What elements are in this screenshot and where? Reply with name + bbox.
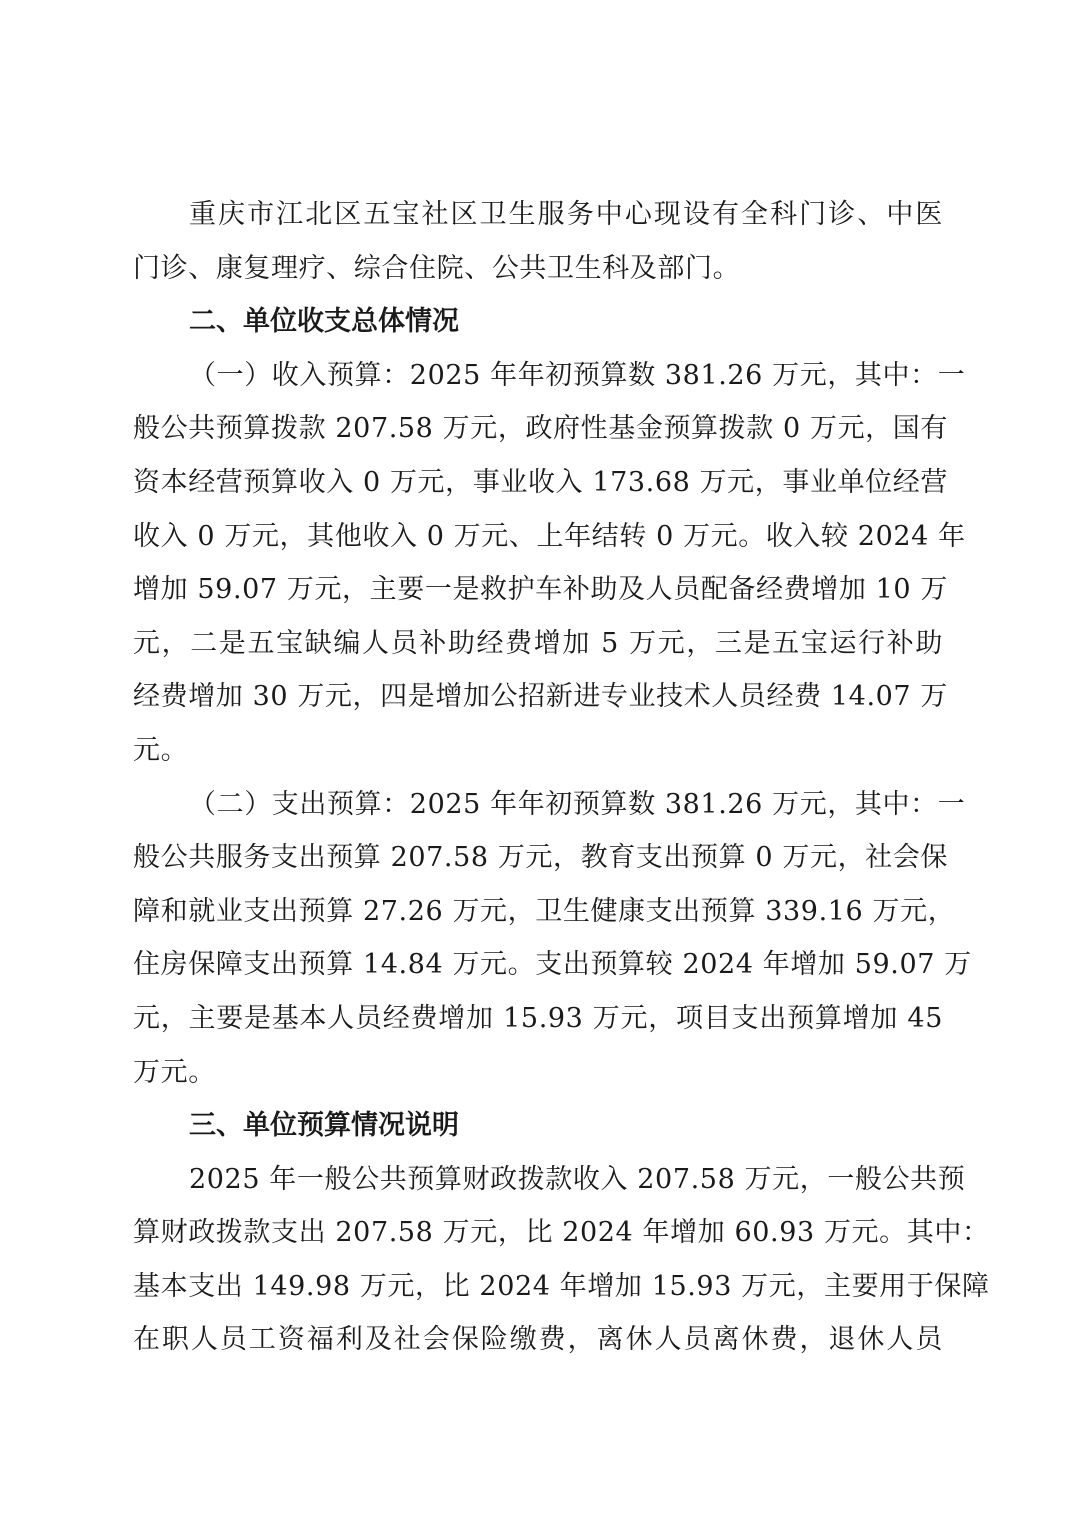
text-line: 基本支出 149.98 万元，比 2024 年增加 15.93 万元，主要用于保… [133, 1260, 943, 1314]
text-line: 元。 [133, 724, 943, 778]
text-line: 2025 年一般公共预算财政拨款收入 207.58 万元，一般公共预 [133, 1153, 943, 1207]
text-line: （一）收入预算：2025 年年初预算数 381.26 万元，其中：一 [133, 349, 943, 403]
text-line: 般公共服务支出预算 207.58 万元，教育支出预算 0 万元，社会保 [133, 831, 943, 885]
text-line: 元，主要是基本人员经费增加 15.93 万元，项目支出预算增加 45 [133, 992, 943, 1046]
budget-explanation-paragraph: 2025 年一般公共预算财政拨款收入 207.58 万元，一般公共预 算财政拨款… [133, 1153, 943, 1367]
section-heading: 二、单位收支总体情况 [133, 295, 943, 349]
text-line: 住房保障支出预算 14.84 万元。支出预算较 2024 年增加 59.07 万 [133, 938, 943, 992]
text-line: 障和就业支出预算 27.26 万元，卫生健康支出预算 339.16 万元， [133, 885, 943, 939]
text-line: 经费增加 30 万元，四是增加公招新进专业技术人员经费 14.07 万 [133, 670, 943, 724]
intro-paragraph: 重庆市江北区五宝社区卫生服务中心现设有全科门诊、中医 门诊、康复理疗、综合住院、… [133, 188, 943, 295]
section-heading-budget-explanation: 三、单位预算情况说明 [133, 1099, 943, 1153]
text-line: 增加 59.07 万元，主要一是救护车补助及人员配备经费增加 10 万 [133, 563, 943, 617]
document-page: 重庆市江北区五宝社区卫生服务中心现设有全科门诊、中医 门诊、康复理疗、综合住院、… [133, 188, 943, 1367]
income-budget-paragraph: （一）收入预算：2025 年年初预算数 381.26 万元，其中：一 般公共预算… [133, 349, 943, 778]
text-line: （二）支出预算：2025 年年初预算数 381.26 万元，其中：一 [133, 778, 943, 832]
section-heading: 三、单位预算情况说明 [133, 1099, 943, 1153]
text-line: 算财政拨款支出 207.58 万元，比 2024 年增加 60.93 万元。其中… [133, 1206, 943, 1260]
text-line: 万元。 [133, 1046, 943, 1100]
text-line: 般公共预算拨款 207.58 万元，政府性基金预算拨款 0 万元，国有 [133, 402, 943, 456]
text-line: 门诊、康复理疗、综合住院、公共卫生科及部门。 [133, 242, 943, 296]
text-line: 在职人员工资福利及社会保险缴费，离休人员离休费，退休人员 [133, 1313, 943, 1367]
text-line: 重庆市江北区五宝社区卫生服务中心现设有全科门诊、中医 [133, 188, 943, 242]
text-line: 元，二是五宝缺编人员补助经费增加 5 万元，三是五宝运行补助 [133, 617, 943, 671]
text-line: 资本经营预算收入 0 万元，事业收入 173.68 万元，事业单位经营 [133, 456, 943, 510]
section-heading-overall-income-expenditure: 二、单位收支总体情况 [133, 295, 943, 349]
text-line: 收入 0 万元，其他收入 0 万元、上年结转 0 万元。收入较 2024 年 [133, 510, 943, 564]
expenditure-budget-paragraph: （二）支出预算：2025 年年初预算数 381.26 万元，其中：一 般公共服务… [133, 778, 943, 1100]
